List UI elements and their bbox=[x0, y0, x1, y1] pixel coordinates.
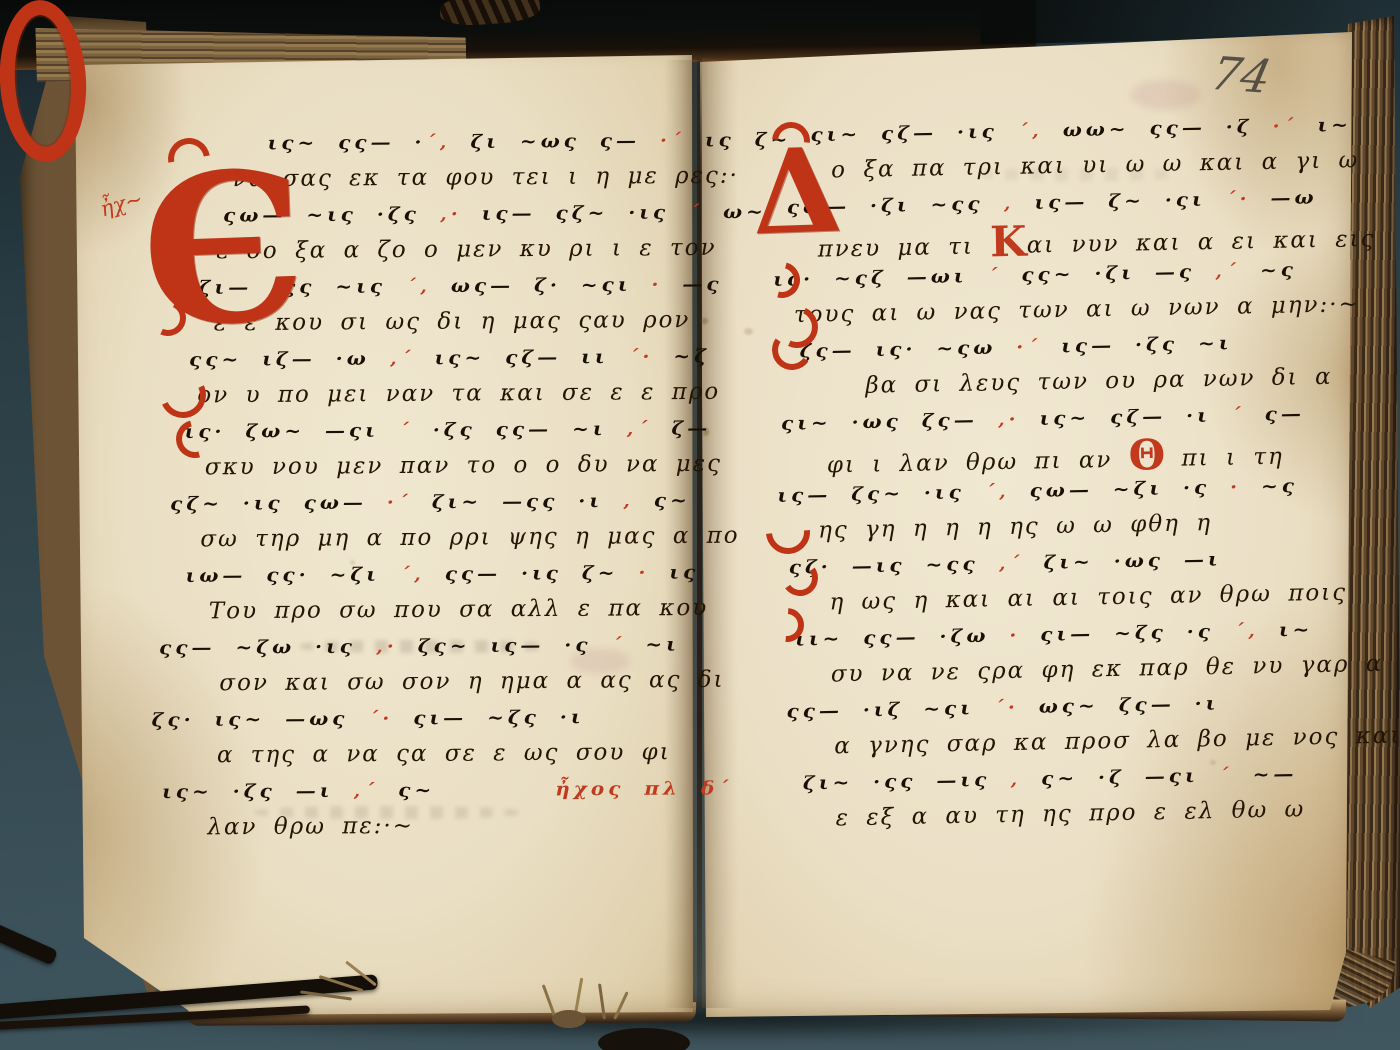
red-ink-segment: ΄‚ bbox=[984, 480, 1009, 503]
black-ink-segment: ζς· ις~ —ως bbox=[152, 707, 369, 731]
black-ink-segment: ςς— ~ζω ·ις bbox=[159, 635, 376, 659]
neume-line: ις~ ·ζς —ι ‚΄ ς~ἦχος πλ δ΄ bbox=[132, 772, 677, 809]
red-ink-segment: ἦχος πλ δ΄ bbox=[555, 777, 732, 800]
red-ink-segment: ΄ bbox=[611, 633, 625, 655]
lyric-line: λαν θρω πε:·~ bbox=[132, 806, 677, 846]
black-ink-segment: ως— ζ· ~ςι bbox=[431, 273, 652, 297]
red-ink-segment: ΄‚ bbox=[1234, 619, 1259, 642]
black-ink-segment: ζς— ις· ~ςω bbox=[799, 336, 1016, 362]
foxing-spot bbox=[701, 318, 708, 324]
black-ink-segment: λαν θρω πε:·~ bbox=[207, 813, 414, 840]
lyric-line: Του προ σω που σα αλλ ε πα κου bbox=[131, 590, 676, 630]
black-ink-segment: ςι— ~ζς ·ι bbox=[393, 706, 584, 729]
red-ink-segment: ‚· bbox=[997, 408, 1019, 430]
black-ink-segment: ις bbox=[649, 561, 699, 583]
red-ink-segment: ‚· bbox=[440, 203, 462, 225]
black-ink-segment: ις~ ςζ— ιι bbox=[415, 345, 629, 369]
black-ink-segment: τους αι ω νας των αι ω νων α μην:·~ bbox=[794, 291, 1360, 328]
black-ink-segment: σκυ νου μεν παν το ο ο δυ να μες bbox=[205, 451, 722, 481]
black-ink-segment: ςζ· —ις ~ςς bbox=[789, 552, 999, 578]
red-ink-segment: ·΄ bbox=[1016, 335, 1041, 358]
black-ink-segment: ις— ·ζς ~ι bbox=[1041, 332, 1233, 358]
red-ink-segment: ‚ bbox=[623, 489, 634, 511]
neume-line: ζς· ις~ —ως ΄· ςι— ~ζς ·ι bbox=[132, 700, 677, 737]
black-ink-segment: ~— bbox=[1232, 762, 1297, 785]
black-ink-segment: σω τηρ μη α πο ρρι ψης η μας α πο bbox=[200, 523, 739, 553]
black-ink-segment: ις· ζω~ —ςι bbox=[185, 419, 399, 443]
leather-strap bbox=[0, 922, 58, 965]
black-ink-segment: ζι ~ως ς— bbox=[450, 129, 660, 153]
black-ink-segment: ιω— ςς· ~ζι bbox=[186, 563, 400, 587]
black-ink-segment: ης γη η η η ης ω ω φθη η bbox=[818, 510, 1212, 544]
red-ink-segment: ΄ bbox=[689, 201, 703, 223]
black-ink-segment: ζ— bbox=[651, 417, 711, 439]
red-ink-segment: ΄ bbox=[1218, 764, 1232, 786]
black-ink-segment: ι~ bbox=[1259, 618, 1314, 641]
black-ink-segment: ις· ~ςζ —ωι bbox=[773, 264, 988, 290]
black-ink-segment: βα σι λευς των ου ρα νων δι α bbox=[865, 364, 1333, 399]
lyric-line: σκυ νου μεν παν το ο ο δυ να μες bbox=[130, 446, 675, 486]
red-ink-segment: ΄ bbox=[987, 264, 1001, 286]
black-ink-segment: ις— ζς~ ·ις bbox=[777, 480, 985, 506]
red-ink-segment: ‚ bbox=[1003, 192, 1014, 214]
lyric-line: σω τηρ μη α πο ρρι ψης η μας α πο bbox=[130, 518, 675, 558]
black-ink-segment: ~ς bbox=[1240, 258, 1297, 281]
black-ink-segment: ς~ ·ζ —ςι bbox=[1021, 764, 1219, 790]
lyric-line: σον και σω σον η ημα α ας ας δι bbox=[131, 662, 676, 702]
black-ink-segment: ως~ ζς— ·ι bbox=[1019, 692, 1220, 718]
black-ink-segment: ιι~ ςς— ·ζω bbox=[795, 624, 1010, 650]
black-ink-segment: ον υ πο μει ναν τα και σε ε ε προ bbox=[197, 379, 720, 409]
black-ink-segment: ωω~ ςς— ·ζ bbox=[1043, 115, 1273, 141]
neume-line: ςς— ~ζω ·ις ‚· ζς~ ις— ·ς ΄ ~ι bbox=[131, 628, 676, 665]
black-ink-segment: ο ξα πα τρι και υι ω ω και α γι ω bbox=[831, 147, 1360, 183]
red-ink-segment: ·΄ bbox=[387, 491, 412, 513]
clasp-knob bbox=[598, 1028, 690, 1050]
black-ink-segment: συ να νε ςρα φη εκ παρ θε νυ γαρ α bbox=[831, 651, 1384, 688]
red-ink-segment: · bbox=[1230, 476, 1241, 498]
black-ink-segment: ζι~ ·ως —ι bbox=[1023, 548, 1221, 574]
folio-number: 74 bbox=[1206, 46, 1276, 103]
black-ink-segment: ςς— ·ιζ ~ςι bbox=[786, 696, 994, 722]
black-ink-segment: ς~ bbox=[634, 489, 691, 511]
black-ink-segment: ~ι bbox=[625, 633, 680, 655]
black-ink-segment: ςι~ ςζ— ·ις bbox=[810, 120, 1018, 146]
black-ink-segment: ~ζ bbox=[653, 345, 710, 367]
black-ink-segment: ε εξ α αυ τη ης προ ε ελ θω ω bbox=[835, 796, 1305, 831]
black-ink-segment: —ς bbox=[662, 273, 722, 295]
red-ink-segment: ‚΄ bbox=[998, 552, 1023, 575]
pink-smudge bbox=[1130, 80, 1200, 110]
red-ink-segment: ΄‚ bbox=[1018, 119, 1043, 142]
black-ink-segment: ς— bbox=[1245, 402, 1306, 425]
black-ink-segment: σον και σω σον η ημα α ας ας δι bbox=[219, 667, 724, 697]
red-ink-segment: ·΄ bbox=[1272, 114, 1297, 137]
red-ink-segment: · bbox=[1009, 624, 1020, 646]
red-ink-segment: · bbox=[651, 273, 662, 295]
black-ink-segment: ~ς bbox=[1241, 474, 1298, 497]
black-ink-segment: ζι~ —ςς ·ι bbox=[412, 489, 623, 513]
black-ink-segment: ςω— ~ζι ·ς bbox=[1009, 476, 1230, 502]
foxing-spot bbox=[744, 328, 753, 335]
lyric-line: α της α να ςα σε ε ως σου φι bbox=[132, 734, 677, 774]
black-ink-segment: ·ζς ςς— ~ι bbox=[413, 417, 627, 441]
black-ink-segment: η ως η και αι αι τοις αν θρω ποις bbox=[829, 580, 1347, 616]
black-ink-segment: α γνης σαρ κα προσ λα βο με νος και bbox=[834, 723, 1400, 760]
red-ink-segment: ‚΄ bbox=[390, 347, 415, 369]
neume-line: ςζ~ ·ις ςω— ·΄ ζι~ —ςς ·ι ‚ ς~ bbox=[130, 484, 675, 521]
red-ink-segment: ΄· bbox=[368, 707, 393, 729]
black-ink-segment: ι~ bbox=[1297, 113, 1352, 136]
red-ink-segment: · bbox=[638, 561, 649, 583]
lyric-line: ον υ πο μει ναν τα και σε ε ε προ bbox=[129, 374, 674, 414]
black-ink-segment: ς~ bbox=[378, 779, 435, 801]
red-ink-segment: ΄ bbox=[1231, 403, 1245, 425]
red-ink-segment: ‚ bbox=[1010, 768, 1021, 790]
red-ink-segment: ΄ bbox=[399, 419, 413, 441]
black-ink-segment: ις~ ·ζς —ι bbox=[162, 779, 353, 802]
red-ink-segment: ΄· bbox=[994, 696, 1019, 719]
red-ink-segment: ΄‚ bbox=[406, 275, 431, 297]
black-ink-segment: ις— ζ~ ·ςι bbox=[1014, 188, 1226, 214]
red-ink-segment: ·΄ bbox=[660, 129, 685, 151]
black-ink-segment: ζι~ ·ςς —ις bbox=[803, 768, 1011, 794]
red-ink-segment: ΄‚ bbox=[425, 131, 450, 153]
red-ink-segment: ‚΄ bbox=[626, 417, 651, 439]
black-ink-segment: ςι~ ·ως ζς— bbox=[781, 408, 998, 434]
black-ink-segment: Του προ σω που σα αλλ ε πα κου bbox=[209, 595, 709, 624]
red-ink-segment: ΄· bbox=[1225, 187, 1250, 210]
black-ink-segment: ςς~ ·ζι —ς bbox=[1001, 260, 1215, 286]
black-ink-segment: ςζ~ ·ις ςω— bbox=[170, 491, 387, 515]
red-ink-segment: ΄‚ bbox=[400, 563, 425, 585]
black-ink-segment: —ω bbox=[1250, 186, 1317, 209]
red-ink-segment: ‚΄ bbox=[1215, 259, 1240, 282]
black-ink-segment: ζς~ ις— ·ς bbox=[398, 634, 612, 658]
red-ink-segment: ‚· bbox=[376, 635, 398, 657]
black-ink-segment: πι ι τη bbox=[1165, 444, 1284, 472]
right-page-text-block: ςι~ ςζ— ·ις ΄‚ ωω~ ςς— ·ζ ·΄ ι~ο ξα πα τ… bbox=[765, 107, 1357, 838]
black-ink-segment: να σας εκ τα φου τει ι η με ρες:· bbox=[233, 163, 739, 193]
red-ink-segment: ΄· bbox=[628, 345, 653, 367]
black-ink-segment: ςς— ·ις ζ~ bbox=[425, 561, 639, 585]
black-ink-segment: ςι— ~ζς ·ς bbox=[1020, 620, 1234, 646]
tie-knot bbox=[552, 1010, 586, 1028]
red-ink-segment: ‚΄ bbox=[353, 779, 378, 801]
neume-line: ιω— ςς· ~ζι ΄‚ ςς— ·ις ζ~ · ις bbox=[131, 556, 676, 593]
black-ink-segment: ις— ςζ~ ·ις bbox=[462, 201, 689, 225]
black-ink-segment: ις~ ςζ— ·ι bbox=[1019, 404, 1231, 430]
manuscript-photo: ις~ ςς— ·΄‚ ζι ~ως ς— ·΄ ις ζ~να σας εκ … bbox=[0, 0, 1400, 1050]
black-ink-segment: α της α να ςα σε ε ως σου φι bbox=[217, 739, 671, 768]
